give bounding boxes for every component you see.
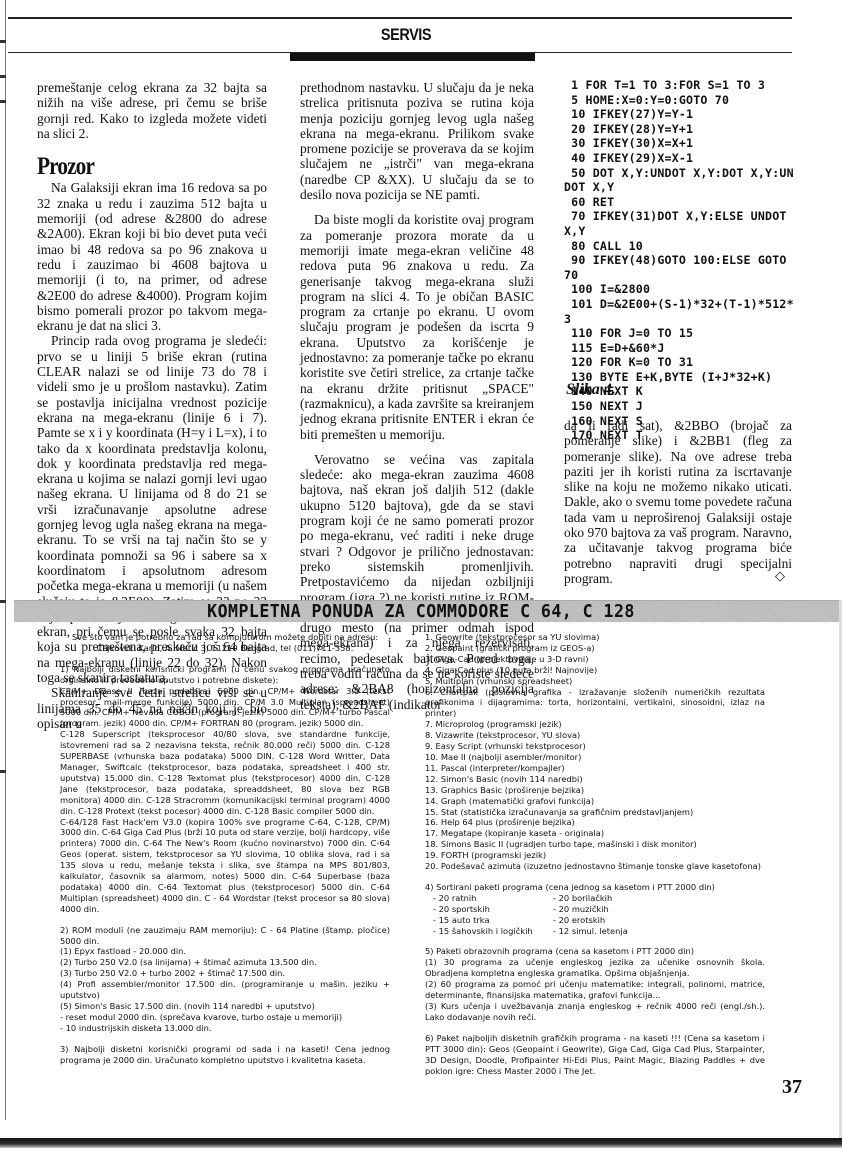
- ad-list-item: (3) Kurs učenja i uvežbavanja znanja eng…: [425, 1001, 765, 1023]
- ad-left-column: Sve što vam je potrebno za rad sa kompju…: [60, 632, 390, 1066]
- figure-caption: Slika 4.: [566, 381, 616, 399]
- ad-package-item: - 20 ratnih: [433, 893, 553, 904]
- article-column-3: da li radi sat), &2BBO (brojač za pomera…: [564, 418, 792, 586]
- page-bottom-edge: [0, 1138, 842, 1148]
- ad-list-item: 12. Simon's Basic (novih 114 naredbi): [425, 774, 765, 785]
- ad-list-item: (1) 30 programa za učenje engleskog jezi…: [425, 957, 765, 979]
- ad-list-item: 17. Megatape (kopiranje kaseta - origina…: [425, 828, 765, 839]
- ad-section-5-title: 5) Paketi obrazovnih programa (cena sa k…: [425, 946, 765, 957]
- ad-package-item: - 15 šahovskih i logičkih: [433, 926, 553, 937]
- ad-section-1-c64: C-64/128 Fast Hack'em V3.0 (kopira 100% …: [60, 817, 390, 915]
- ad-section-1-title: 1) Najbolji disketni korisnički programi…: [60, 664, 390, 686]
- ad-section-2-title: 2) ROM moduli (ne zauzimaju RAM memoriju…: [60, 925, 390, 947]
- ad-list-item: 16. Help 64 plus (proširenje bejzika): [425, 817, 765, 828]
- ad-list-item: 1. Geowrite (tekstprocesor sa YU slovima…: [425, 632, 765, 643]
- ad-list-item: (5) Simon's Basic 17.500 din. (novih 114…: [60, 1001, 390, 1012]
- article-subheading: Prozor: [37, 159, 233, 174]
- ad-list-item: (1) Epyx fastload - 20.000 din.: [60, 946, 390, 957]
- ad-package-item: - 20 erotskih: [553, 915, 703, 926]
- ad-section-3: 3) Najbolji disketni korisnički programi…: [60, 1044, 390, 1066]
- ad-contact-address: Čajkovski Karlo, A. Matić 3, 11210 Beogr…: [60, 643, 390, 654]
- header-rule-top: [8, 17, 792, 19]
- ad-list-item: 5. Multiplan (vrhunski spreadsheet): [425, 676, 765, 687]
- ad-section-6: 6) Paket najboljih disketnih grafičkih p…: [425, 1033, 765, 1077]
- ad-section-1-c128: C-128 Superscript (teksprocesor 40/80 sl…: [60, 729, 390, 816]
- ad-right-column: 1. Geowrite (tekstprocesor sa YU slovima…: [425, 632, 765, 1076]
- ad-list-item: - reset modul 2000 din. (sprečava kvarov…: [60, 1012, 390, 1023]
- ad-list-item: 15. Stat (statistička izračunavanja sa g…: [425, 807, 765, 818]
- ad-list-item: 14. Graph (matematički grafovi funkcija): [425, 796, 765, 807]
- ad-list-item: 13. Graphics Basic (proširenje bejzika): [425, 785, 765, 796]
- article-paragraph: Da biste mogli da koristite ovaj program…: [300, 212, 534, 441]
- ad-intro-line: Sve što vam je potrebno za rad sa kompju…: [60, 632, 390, 643]
- section-title: SERVIS: [61, 25, 751, 45]
- ad-package-item: - 20 borilačkih: [553, 893, 703, 904]
- ad-list-item: 7. Microprolog (programski jezik): [425, 719, 765, 730]
- ad-list-item: 20. Podešavač azimuta (izuzetno jednosta…: [425, 861, 765, 872]
- ad-section-1-cpm: CP/M+ DBase II (baza podataka) 5000 din.…: [60, 686, 390, 730]
- section-bar: [290, 53, 535, 61]
- ad-list-item: (2) Turbo 250 V2.0 (sa linijama) + štima…: [60, 957, 390, 968]
- article-paragraph: prethodnom nastavku. U slučaju da je nek…: [300, 80, 534, 202]
- ad-list-item: (2) 60 programa za pomoć pri učenju mate…: [425, 979, 765, 1001]
- ad-section-4-grid: - 20 ratnih - 20 borilačkih - 20 sportsk…: [425, 893, 765, 937]
- ad-package-item: - 15 auto trka: [433, 915, 553, 926]
- ad-list-item: (4) Profi assembler/monitor 17.500 din. …: [60, 979, 390, 1001]
- ad-list-item: 10. Mae II (najbolji asembler/monitor): [425, 752, 765, 763]
- ad-list-item: 18. Simons Basic II (ugradjen turbo tape…: [425, 839, 765, 850]
- page-left-edge: [0, 0, 6, 1120]
- ad-list-item: 11. Pascal (interpreter/kompajler): [425, 763, 765, 774]
- article-paragraph: premeštanje celog ekrana za 32 bajta sa …: [37, 80, 267, 141]
- ad-list-item: 3. Giga-Cad (projektovanje u 3-D ravni): [425, 654, 765, 665]
- article-paragraph: Na Galaksiji ekran ima 16 redova sa po 3…: [37, 180, 267, 333]
- end-of-article-diamond-icon: ◇: [775, 568, 785, 584]
- ad-package-item: - 20 muzičkih: [553, 904, 703, 915]
- ad-title: KOMPLETNA PONUDA ZA COMMODORE C 64, C 12…: [34, 601, 809, 622]
- page-number: 37: [782, 1076, 802, 1099]
- ad-package-item: - 12 simul. letenja: [553, 926, 703, 937]
- ad-section-4-title: 4) Sortirani paketi programa (cena jedno…: [425, 882, 765, 893]
- ad-list-item: (3) Turbo 250 V2.0 + turbo 2002 + štimač…: [60, 968, 390, 979]
- article-paragraph: da li radi sat), &2BBO (brojač za pomera…: [564, 418, 792, 586]
- ad-list-item: 2. Geopaint (grafički program iz GEOS-a): [425, 643, 765, 654]
- ad-list-item: 9. Easy Script (vrhunski tekstprocesor): [425, 741, 765, 752]
- ad-package-item: - 20 sportskih: [433, 904, 553, 915]
- ad-list-item: - 10 industrijskih disketa 13.000 din.: [60, 1023, 390, 1034]
- ad-list-item: 6. Chartpak (poslovna grafika - izražava…: [425, 687, 765, 720]
- ad-list-item: 19. FORTH (programski jezik): [425, 850, 765, 861]
- ad-list-item: 8. Vizawrite (tekstprocesor, YU slova): [425, 730, 765, 741]
- ad-list-item: 4. Giga-Cad plus (10 puta brži! Najnovij…: [425, 665, 765, 676]
